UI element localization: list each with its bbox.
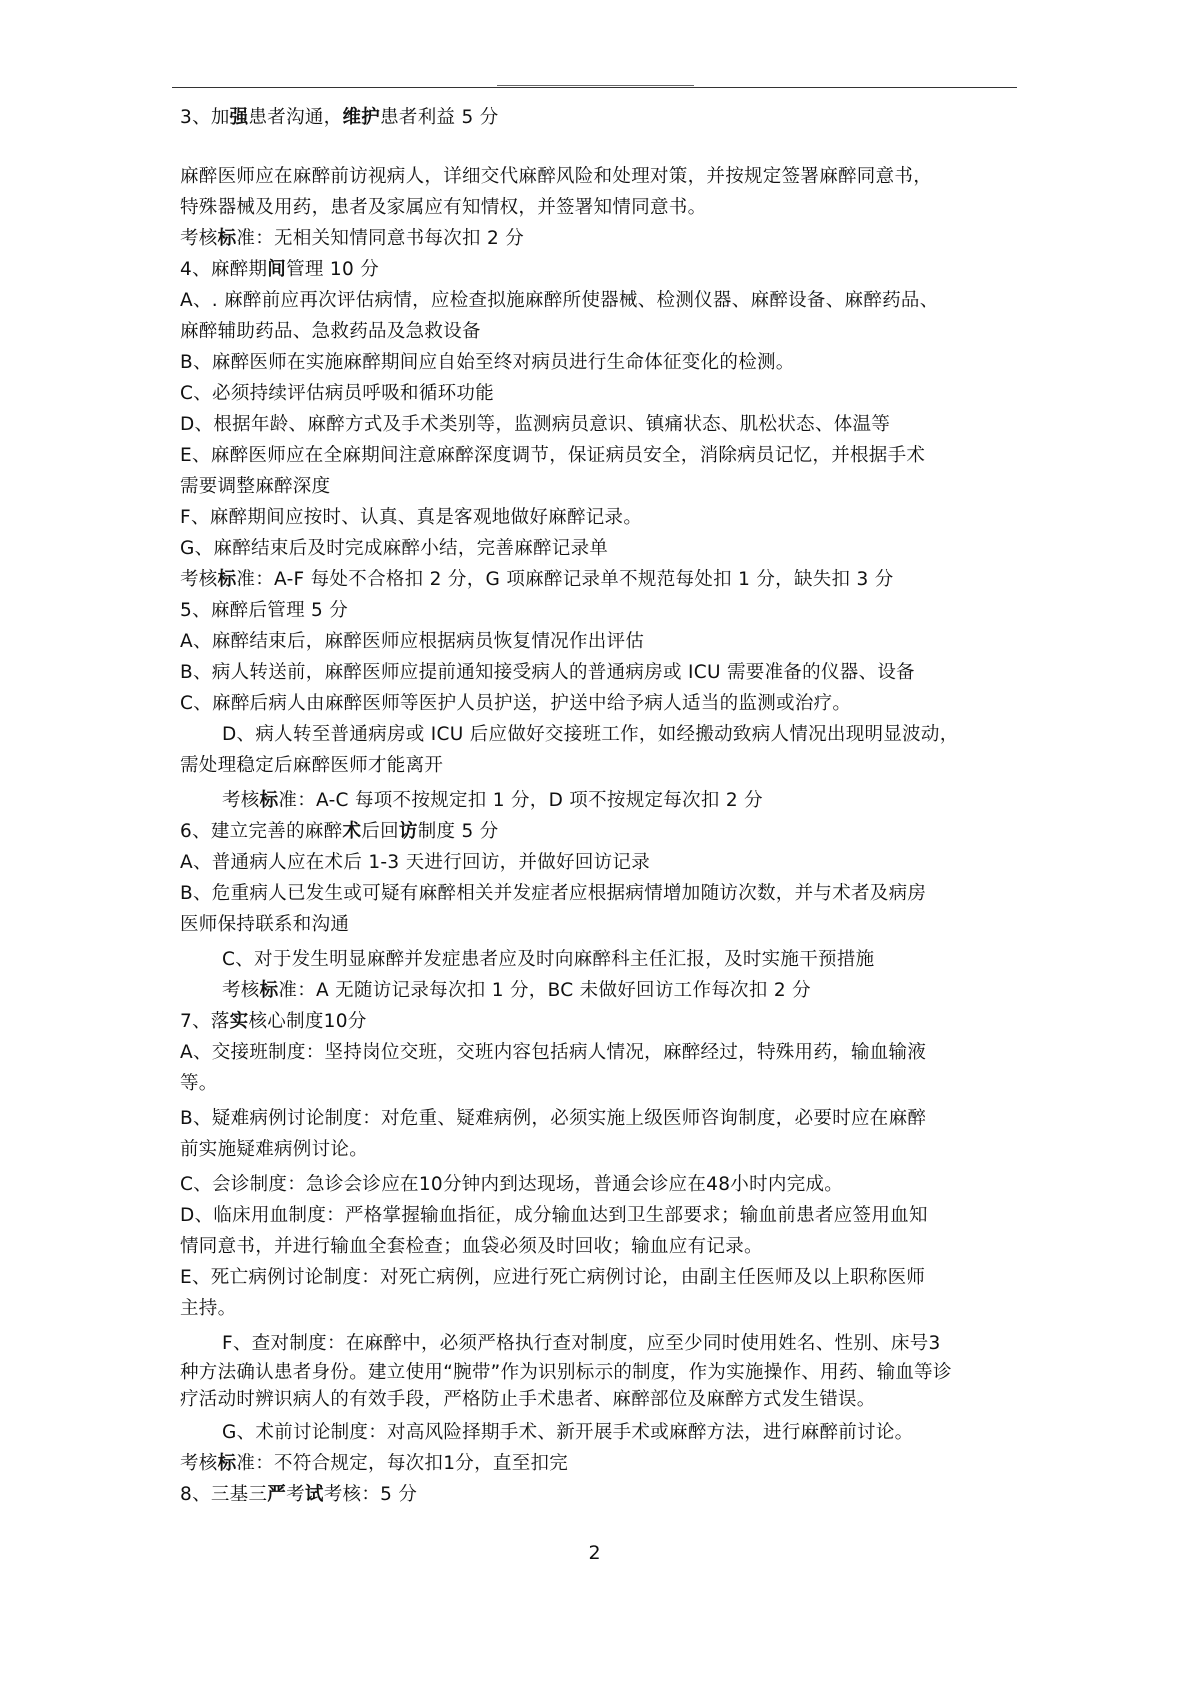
criteria-text: 准：无相关知情同意书每次扣 2 分 — [236, 228, 524, 249]
heading-text: 6、建立完善的麻醉 — [180, 821, 342, 842]
heading-text: 考核：5 分 — [324, 1484, 417, 1505]
heading-bold: 严 — [267, 1484, 286, 1505]
list-item-continuation: 等。 — [180, 1068, 1020, 1099]
list-item: A、. 麻醉前应再次评估病情，应检查拟施麻醉所使器械、检测仪器、麻醉设备、麻醉药… — [180, 285, 1020, 316]
heading-bold: 试 — [305, 1484, 324, 1505]
list-item: D、病人转至普通病房或 ICU 后应做好交接班工作，如经搬动致病人情况出现明显波… — [180, 719, 1020, 750]
list-item: F、查对制度：在麻醉中，必须严格执行查对制度，应至少同时使用姓名、性别、床号3 — [180, 1328, 1020, 1359]
list-item-continuation: 需要调整麻醉深度 — [180, 471, 1020, 502]
criteria-line: 考核标准：不符合规定，每次扣1分，直至扣完 — [180, 1448, 1020, 1479]
list-item: B、疑难病例讨论制度：对危重、疑难病例，必须实施上级医师咨询制度，必要时应在麻醉 — [180, 1103, 1020, 1134]
list-item: F、麻醉期间应按时、认真、真是客观地做好麻醉记录。 — [180, 502, 1020, 533]
header-rule-center — [497, 85, 694, 86]
list-item: A、麻醉结束后，麻醉医师应根据病员恢复情况作出评估 — [180, 626, 1020, 657]
document-page: 3、加强患者沟通，维护患者利益 5 分 麻醉医师应在麻醉前访视病人，详细交代麻醉… — [180, 102, 1020, 1510]
heading-text: 考 — [286, 1484, 305, 1505]
list-item: D、临床用血制度：严格掌握输血指征，成分输血达到卫生部要求；输血前患者应签用血知 — [180, 1200, 1020, 1231]
heading-text: 核心制度10分 — [248, 1011, 366, 1032]
page-number: 2 — [0, 1542, 1189, 1564]
criteria-prefix: 考核 — [180, 228, 218, 249]
list-item-continuation: 情同意书，并进行输血全套检查；血袋必须及时回收；输血应有记录。 — [180, 1231, 1020, 1262]
list-item: G、术前讨论制度：对高风险择期手术、新开展手术或麻醉方法，进行麻醉前讨论。 — [180, 1417, 1020, 1448]
list-item-continuation: 前实施疑难病例讨论。 — [180, 1134, 1020, 1165]
heading-text: 制度 5 分 — [418, 821, 499, 842]
heading-text: 3、加 — [180, 107, 230, 128]
list-item-continuation: 主持。 — [180, 1293, 1020, 1324]
list-item: A、普通病人应在术后 1-3 天进行回访，并做好回访记录 — [180, 847, 1020, 878]
list-item-continuation: 医师保持联系和沟通 — [180, 909, 1020, 940]
heading-text: 管理 10 分 — [286, 259, 379, 280]
criteria-prefix: 考核 — [222, 790, 260, 811]
list-item: D、根据年龄、麻醉方式及手术类别等，监测病员意识、镇痛状态、肌松状态、体温等 — [180, 409, 1020, 440]
heading-text: 患者利益 5 分 — [380, 107, 498, 128]
list-item: E、死亡病例讨论制度：对死亡病例，应进行死亡病例讨论，由副主任医师及以上职称医师 — [180, 1262, 1020, 1293]
section-heading-5: 5、麻醉后管理 5 分 — [180, 595, 1020, 626]
heading-bold: 访 — [399, 821, 418, 842]
heading-bold: 强 — [230, 107, 249, 128]
list-item: E、麻醉医师应在全麻期间注意麻醉深度调节，保证病员安全，消除病员记忆，并根据手术 — [180, 440, 1020, 471]
criteria-bold: 标 — [218, 228, 237, 249]
list-item: B、麻醉医师在实施麻醉期间应自始至终对病员进行生命体征变化的检测。 — [180, 347, 1020, 378]
heading-bold: 维护 — [343, 107, 381, 128]
section-heading-6: 6、建立完善的麻醉术后回访制度 5 分 — [180, 816, 1020, 847]
criteria-text: 准：不符合规定，每次扣1分，直至扣完 — [236, 1453, 568, 1474]
criteria-bold: 标 — [260, 790, 279, 811]
criteria-line: 考核标准：A-C 每项不按规定扣 1 分，D 项不按规定每次扣 2 分 — [180, 785, 1020, 816]
list-item: B、危重病人已发生或可疑有麻醉相关并发症者应根据病情增加随访次数，并与术者及病房 — [180, 878, 1020, 909]
paragraph-line: 特殊器械及用药，患者及家属应有知情权，并签署知情同意书。 — [180, 192, 1020, 223]
criteria-prefix: 考核 — [222, 980, 260, 1001]
criteria-line: 考核标准：A-F 每处不合格扣 2 分，G 项麻醉记录单不规范每处扣 1 分，缺… — [180, 564, 1020, 595]
list-item: A、交接班制度：坚持岗位交班，交班内容包括病人情况，麻醉经过，特殊用药，输血输液 — [180, 1037, 1020, 1068]
list-item: C、麻醉后病人由麻醉医师等医护人员护送，护送中给予病人适当的监测或治疗。 — [180, 688, 1020, 719]
criteria-prefix: 考核 — [180, 1453, 218, 1474]
heading-text: 8、三基三 — [180, 1484, 267, 1505]
heading-text: 7、落 — [180, 1011, 230, 1032]
criteria-prefix: 考核 — [180, 569, 218, 590]
section-heading-4: 4、麻醉期间管理 10 分 — [180, 254, 1020, 285]
criteria-bold: 标 — [218, 1453, 237, 1474]
list-item: G、麻醉结束后及时完成麻醉小结，完善麻醉记录单 — [180, 533, 1020, 564]
criteria-text: 准：A-F 每处不合格扣 2 分，G 项麻醉记录单不规范每处扣 1 分，缺失扣 … — [236, 569, 893, 590]
list-item-continuation: 需处理稳定后麻醉医师才能离开 — [180, 750, 1020, 781]
criteria-text: 准：A 无随访记录每次扣 1 分，BC 未做好回访工作每次扣 2 分 — [278, 980, 810, 1001]
heading-bold: 间 — [267, 259, 286, 280]
heading-text: 患者沟通， — [248, 107, 342, 128]
criteria-line: 考核标准：无相关知情同意书每次扣 2 分 — [180, 223, 1020, 254]
header-rule — [172, 87, 1017, 88]
section-heading-3: 3、加强患者沟通，维护患者利益 5 分 — [180, 102, 1020, 133]
section-heading-8: 8、三基三严考试考核：5 分 — [180, 1479, 1020, 1510]
heading-bold: 实 — [230, 1011, 249, 1032]
heading-bold: 术 — [342, 821, 361, 842]
criteria-bold: 标 — [260, 980, 279, 1001]
list-item-continuation: 种方法确认患者身份。建立使用“腕带”作为识别标示的制度，作为实施操作、用药、输血… — [180, 1359, 1020, 1386]
criteria-line: 考核标准：A 无随访记录每次扣 1 分，BC 未做好回访工作每次扣 2 分 — [180, 975, 1020, 1006]
list-item: C、会诊制度：急诊会诊应在10分钟内到达现场，普通会诊应在48小时内完成。 — [180, 1169, 1020, 1200]
section-heading-7: 7、落实核心制度10分 — [180, 1006, 1020, 1037]
list-item-continuation: 麻醉辅助药品、急救药品及急救设备 — [180, 316, 1020, 347]
list-item: C、对于发生明显麻醉并发症患者应及时向麻醉科主任汇报，及时实施干预措施 — [180, 944, 1020, 975]
heading-text: 4、麻醉期 — [180, 259, 267, 280]
list-item: B、病人转送前，麻醉医师应提前通知接受病人的普通病房或 ICU 需要准备的仪器、… — [180, 657, 1020, 688]
paragraph-line: 麻醉医师应在麻醉前访视病人，详细交代麻醉风险和处理对策，并按规定签署麻醉同意书， — [180, 161, 1020, 192]
list-item: C、必须持续评估病员呼吸和循环功能 — [180, 378, 1020, 409]
criteria-text: 准：A-C 每项不按规定扣 1 分，D 项不按规定每次扣 2 分 — [278, 790, 763, 811]
heading-text: 后回 — [361, 821, 399, 842]
list-item-continuation: 疗活动时辨识病人的有效手段，严格防止手术患者、麻醉部位及麻醉方式发生错误。 — [180, 1386, 1020, 1413]
criteria-bold: 标 — [218, 569, 237, 590]
